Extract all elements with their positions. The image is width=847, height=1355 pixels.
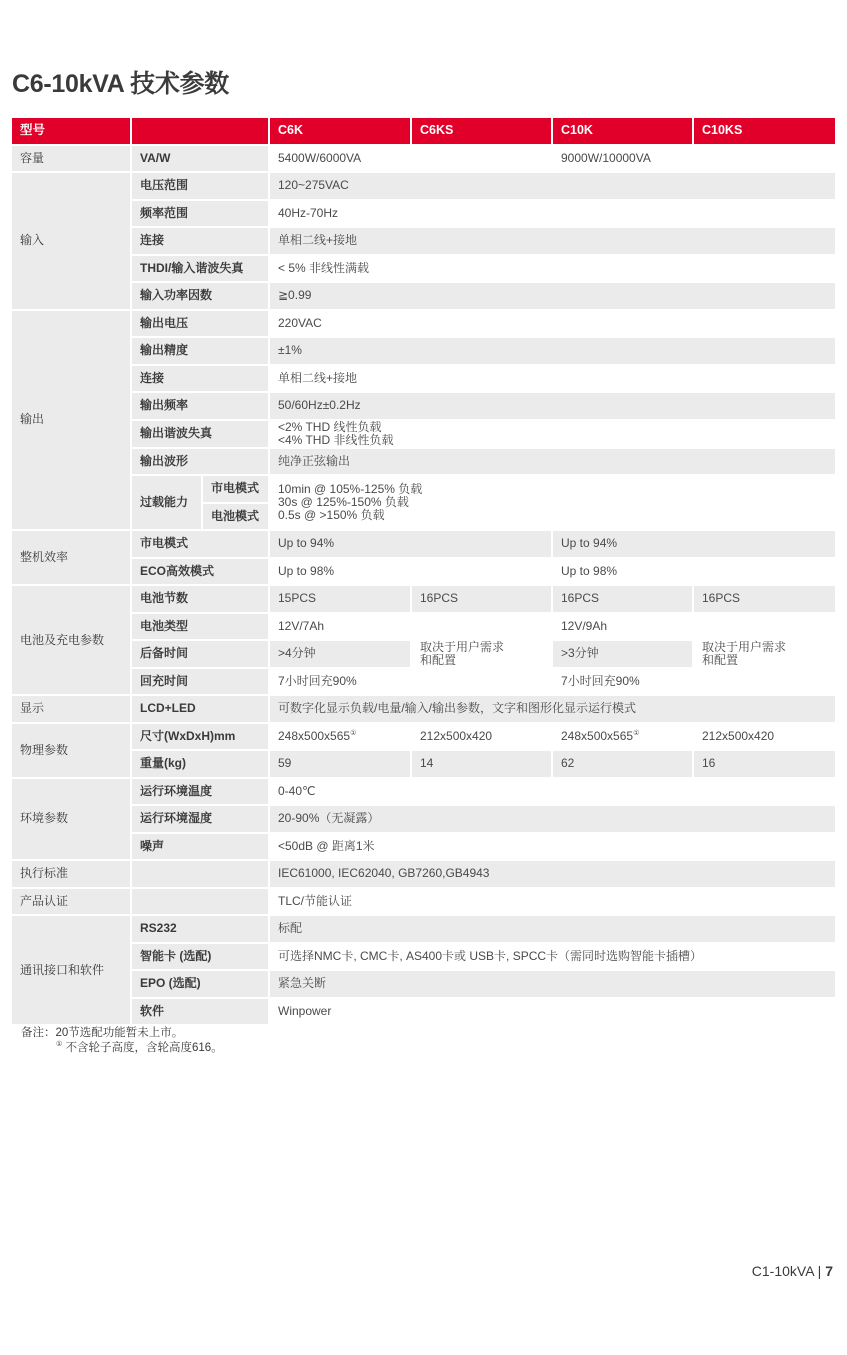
- row-label: 市电模式: [132, 531, 268, 557]
- table-row: 执行标准 IEC61000, IEC62040, GB7260,GB4943: [12, 861, 835, 887]
- table-row: 输入功率因数 ≧0.99: [12, 283, 835, 309]
- value-line: 和配置: [420, 654, 543, 667]
- cell-value: 7小时回充90%: [553, 669, 692, 695]
- header-model-c10k: C10K: [553, 118, 692, 144]
- row-label: THDI/输入谐波失真: [132, 256, 268, 282]
- footnotes: 备注：20节选配功能暂未上市。 ① 不含轮子高度，含轮高度616。: [21, 1026, 223, 1056]
- row-label: 连接: [132, 228, 268, 254]
- group-label: 执行标准: [12, 861, 130, 887]
- value-line: <4% THD 非线性负载: [278, 434, 827, 447]
- table-row: THDI/输入谐波失真 < 5% 非线性满载: [12, 256, 835, 282]
- cell-value: 15PCS: [270, 586, 410, 612]
- table-row: 通讯接口和软件 RS232 标配: [12, 916, 835, 942]
- cell-value: 16PCS: [412, 586, 551, 612]
- cell-value: 10min @ 105%-125% 负载 30s @ 125%-150% 负载 …: [270, 476, 835, 529]
- cell-value: >3分钟: [553, 641, 692, 667]
- cell-value: 9000W/10000VA: [553, 146, 835, 172]
- cell-value: 14: [412, 751, 551, 777]
- cell-value: 212x500x420: [412, 724, 551, 750]
- cell-value: 248x500x565①: [270, 724, 410, 750]
- page-title: C6-10kVA 技术参数: [12, 64, 229, 100]
- note-line-1: 备注：20节选配功能暂未上市。: [21, 1026, 223, 1041]
- row-label: 电池节数: [132, 586, 268, 612]
- row-label: 重量(kg): [132, 751, 268, 777]
- row-label: 智能卡 (选配): [132, 944, 268, 970]
- table-row: 频率范围 40Hz-70Hz: [12, 201, 835, 227]
- cell-value: 7小时回充90%: [270, 669, 410, 695]
- value-line: <2% THD 线性负载: [278, 421, 827, 434]
- cell-value: ≧0.99: [270, 283, 835, 309]
- cell-value: 59: [270, 751, 410, 777]
- value-line: 取决于用户需求: [420, 641, 543, 654]
- row-label: 运行环境温度: [132, 779, 268, 805]
- sub-label: 市电模式: [203, 476, 268, 502]
- cell-value: 可数字化显示负载/电量/输入/输出参数，文字和图形化显示运行模式: [270, 696, 835, 722]
- row-label: 输入功率因数: [132, 283, 268, 309]
- table-row: EPO (选配) 紧急关断: [12, 971, 835, 997]
- row-label: 运行环境湿度: [132, 806, 268, 832]
- value-text: 248x500x565: [278, 729, 350, 743]
- group-label: 输入: [12, 173, 130, 309]
- cell-value: 紧急关断: [270, 971, 835, 997]
- cell-value: 纯净正弦输出: [270, 449, 835, 475]
- table-row: 环境参数 运行环境温度 0-40℃: [12, 779, 835, 805]
- cell-value: Up to 98%: [553, 559, 835, 585]
- cell-value: 12V/7Ah: [270, 614, 410, 640]
- table-row: 输出 输出电压 220VAC: [12, 311, 835, 337]
- row-label: 后备时间: [132, 641, 268, 667]
- cell-value: 50/60Hz±0.2Hz: [270, 393, 835, 419]
- row-label: 过载能力: [132, 476, 201, 529]
- table-row: 软件 Winpower: [12, 999, 835, 1025]
- table-row: 输出频率 50/60Hz±0.2Hz: [12, 393, 835, 419]
- table-row: 过载能力 市电模式 10min @ 105%-125% 负载 30s @ 125…: [12, 476, 835, 502]
- cell-value-s-note: 取决于用户需求 和配置: [694, 614, 835, 695]
- group-label: 通讯接口和软件: [12, 916, 130, 1024]
- table-row: 产品认证 TLC/节能认证: [12, 889, 835, 915]
- footer-label: C1-10kVA: [752, 1263, 814, 1279]
- group-label: 输出: [12, 311, 130, 530]
- spec-table: 型号 C6K C6KS C10K C10KS 容量 VA/W 5400W/600…: [10, 116, 837, 1026]
- value-line: 0.5s @ >150% 负载: [278, 509, 827, 522]
- page-footer: C1-10kVA | 7: [752, 1263, 833, 1279]
- header-model-label: 型号: [12, 118, 130, 144]
- cell-value: 标配: [270, 916, 835, 942]
- group-label: 容量: [12, 146, 130, 172]
- table-row: 智能卡 (选配) 可选择NMC卡, CMC卡, AS400卡或 USB卡, SP…: [12, 944, 835, 970]
- cell-value: Up to 94%: [270, 531, 551, 557]
- cell-value-s-note: 取决于用户需求 和配置: [412, 614, 551, 695]
- cell-value: 12V/9Ah: [553, 614, 692, 640]
- table-row: 输入 电压范围 120~275VAC: [12, 173, 835, 199]
- cell-value: 单相二线+接地: [270, 366, 835, 392]
- page-number: 7: [825, 1263, 833, 1279]
- table-row: 显示 LCD+LED 可数字化显示负载/电量/输入/输出参数，文字和图形化显示运…: [12, 696, 835, 722]
- note-text: 不含轮子高度，含轮高度616。: [62, 1042, 222, 1054]
- value-line: 取决于用户需求: [702, 641, 827, 654]
- group-label: 产品认证: [12, 889, 130, 915]
- footnote-mark: ①: [350, 730, 356, 737]
- cell-value: IEC61000, IEC62040, GB7260,GB4943: [270, 861, 835, 887]
- row-label: 电池类型: [132, 614, 268, 640]
- header-model-c10ks: C10KS: [694, 118, 835, 144]
- row-label: RS232: [132, 916, 268, 942]
- table-row: 连接 单相二线+接地: [12, 366, 835, 392]
- row-label: EPO (选配): [132, 971, 268, 997]
- cell-value: 120~275VAC: [270, 173, 835, 199]
- cell-value: 16: [694, 751, 835, 777]
- row-label: ECO高效模式: [132, 559, 268, 585]
- sub-label: 电池模式: [203, 504, 268, 530]
- group-label: 电池及充电参数: [12, 586, 130, 694]
- cell-value: 0-40℃: [270, 779, 835, 805]
- table-row: 连接 单相二线+接地: [12, 228, 835, 254]
- table-row: 噪声 <50dB @ 距离1米: [12, 834, 835, 860]
- note-line-2: ① 不含轮子高度，含轮高度616。: [21, 1041, 223, 1056]
- row-label: 输出波形: [132, 449, 268, 475]
- cell-value: 40Hz-70Hz: [270, 201, 835, 227]
- cell-value: 16PCS: [694, 586, 835, 612]
- group-label: 显示: [12, 696, 130, 722]
- row-label: 尺寸(WxDxH)mm: [132, 724, 268, 750]
- footnote-mark: ①: [633, 730, 639, 737]
- row-label: 噪声: [132, 834, 268, 860]
- cell-value: Up to 94%: [553, 531, 835, 557]
- row-label: 电压范围: [132, 173, 268, 199]
- cell-value: 220VAC: [270, 311, 835, 337]
- row-label: 输出电压: [132, 311, 268, 337]
- table-row: 整机效率 市电模式 Up to 94% Up to 94%: [12, 531, 835, 557]
- table-row: 输出精度 ±1%: [12, 338, 835, 364]
- row-label: 频率范围: [132, 201, 268, 227]
- table-row: 电池及充电参数 电池节数 15PCS 16PCS 16PCS 16PCS: [12, 586, 835, 612]
- row-label-empty: [132, 861, 268, 887]
- cell-value: Winpower: [270, 999, 835, 1025]
- table-row: 电池类型 12V/7Ah 取决于用户需求 和配置 12V/9Ah 取决于用户需求…: [12, 614, 835, 640]
- cell-value: <50dB @ 距离1米: [270, 834, 835, 860]
- table-row: 运行环境湿度 20-90%（无凝露）: [12, 806, 835, 832]
- cell-value: 可选择NMC卡, CMC卡, AS400卡或 USB卡, SPCC卡（需同时选购…: [270, 944, 835, 970]
- table-row: ECO高效模式 Up to 98% Up to 98%: [12, 559, 835, 585]
- header-model-c6ks: C6KS: [412, 118, 551, 144]
- group-label: 物理参数: [12, 724, 130, 777]
- table-row: 输出波形 纯净正弦输出: [12, 449, 835, 475]
- header-blank: [132, 118, 268, 144]
- cell-value: 单相二线+接地: [270, 228, 835, 254]
- header-model-c6k: C6K: [270, 118, 410, 144]
- row-label: 连接: [132, 366, 268, 392]
- cell-value: >4分钟: [270, 641, 410, 667]
- row-label: 回充时间: [132, 669, 268, 695]
- cell-value: 16PCS: [553, 586, 692, 612]
- footer-separator: |: [814, 1263, 825, 1279]
- cell-value: 248x500x565①: [553, 724, 692, 750]
- table-header-row: 型号 C6K C6KS C10K C10KS: [12, 118, 835, 144]
- group-label: 整机效率: [12, 531, 130, 584]
- cell-value: 5400W/6000VA: [270, 146, 551, 172]
- row-label: 输出精度: [132, 338, 268, 364]
- row-label: 输出频率: [132, 393, 268, 419]
- table-row: 重量(kg) 59 14 62 16: [12, 751, 835, 777]
- cell-value: ±1%: [270, 338, 835, 364]
- cell-value: < 5% 非线性满载: [270, 256, 835, 282]
- cell-value: Up to 98%: [270, 559, 551, 585]
- cell-value: 212x500x420: [694, 724, 835, 750]
- group-label: 环境参数: [12, 779, 130, 860]
- value-line: 和配置: [702, 654, 827, 667]
- table-row: 物理参数 尺寸(WxDxH)mm 248x500x565① 212x500x42…: [12, 724, 835, 750]
- cell-value: TLC/节能认证: [270, 889, 835, 915]
- row-label: VA/W: [132, 146, 268, 172]
- row-label: 软件: [132, 999, 268, 1025]
- cell-value: 62: [553, 751, 692, 777]
- table-row: 输出谐波失真 <2% THD 线性负载 <4% THD 非线性负载: [12, 421, 835, 447]
- cell-value: <2% THD 线性负载 <4% THD 非线性负载: [270, 421, 835, 447]
- row-label: LCD+LED: [132, 696, 268, 722]
- row-label-empty: [132, 889, 268, 915]
- table-row: 容量 VA/W 5400W/6000VA 9000W/10000VA: [12, 146, 835, 172]
- value-text: 248x500x565: [561, 729, 633, 743]
- cell-value: 20-90%（无凝露）: [270, 806, 835, 832]
- row-label: 输出谐波失真: [132, 421, 268, 447]
